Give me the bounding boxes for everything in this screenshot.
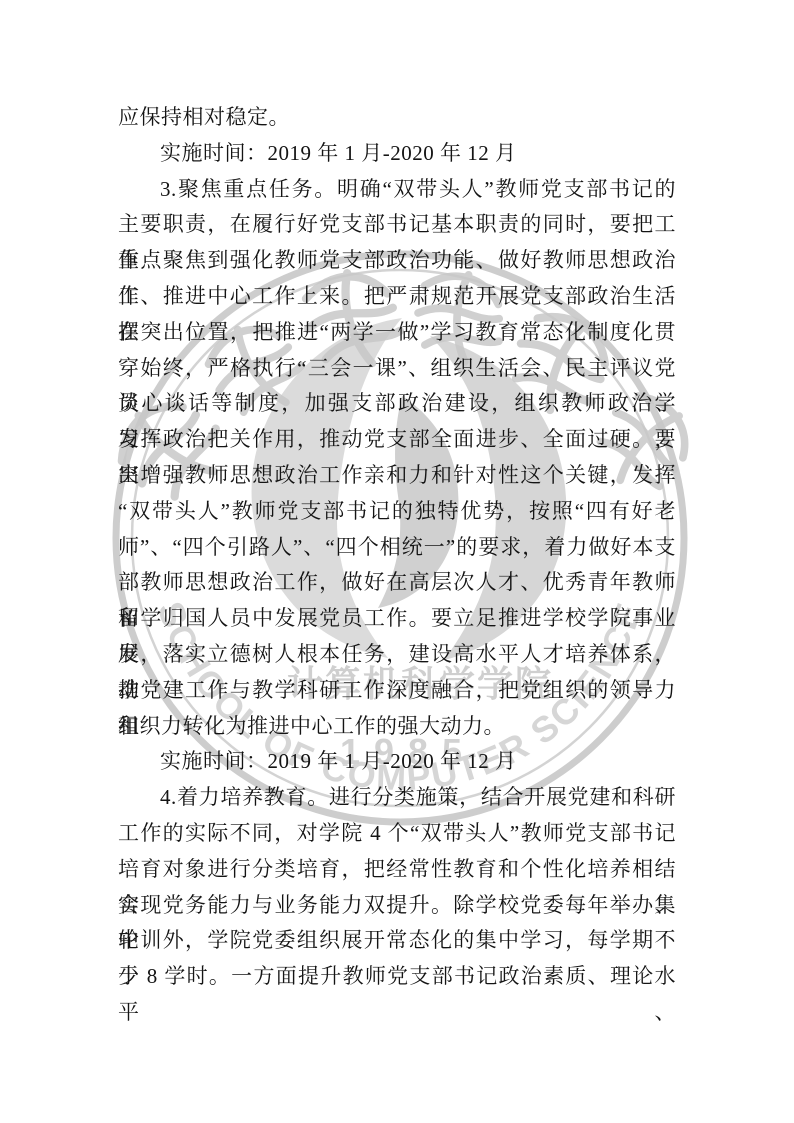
text-line: 主要职责，在履行好党支部书记基本职责的同时，要把工作 (118, 207, 676, 243)
text-line: 于 8 学时。一方面提升教师党支部书记政治素质、理论水平、 (118, 959, 676, 995)
text-line: 3.聚焦重点任务。明确“双带头人”教师党支部书记的 (118, 172, 676, 208)
text-line: 重点聚焦到强化教师党支部政治功能、做好教师思想政治工 (118, 243, 676, 279)
text-line: 4.着力培养教育。进行分类施策，结合开展党建和科研 (118, 780, 676, 816)
text-line: 留学归国人员中发展党员工作。要立足推进学校学院事业发 (118, 601, 676, 637)
text-line: 作、推进中心工作上来。把严肃规范开展党支部政治生活摆 (118, 279, 676, 315)
text-line: 师”、“四个引路人”、“四个相统一”的要求，着力做好本支 (118, 530, 676, 566)
text-line: 工作的实际不同，对学院 4 个“双带头人”教师党支部书记 (118, 816, 676, 852)
text-line: 穿始终，严格执行“三会一课”、组织生活会、民主评议党员、 (118, 351, 676, 387)
document-body: 应保持相对稳定。实施时间：2019 年 1 月-2020 年 12 月3.聚焦重… (118, 100, 676, 995)
text-line: 动党建工作与教学科研工作深度融合，把党组织的领导力和 (118, 673, 676, 709)
text-line: 展，落实立德树人根本任务，建设高水平人才培养体系，推 (118, 637, 676, 673)
text-line: “双带头人”教师党支部书记的独特优势，按照“四有好老 (118, 494, 676, 530)
text-line: 实施时间：2019 年 1 月-2020 年 12 月 (118, 136, 676, 172)
text-line: 实施时间：2019 年 1 月-2020 年 12 月 (118, 744, 676, 780)
text-line: 谈心谈话等制度，加强支部政治建设，组织教师政治学习， (118, 386, 676, 422)
text-line: 轮训外，学院党委组织展开常态化的集中学习，每学期不少 (118, 923, 676, 959)
text-line: 在突出位置，把推进“两学一做”学习教育常态化制度化贯 (118, 315, 676, 351)
text-line: 发挥政治把关作用，推动党支部全面进步、全面过硬。要突 (118, 422, 676, 458)
text-line: 实现党务能力与业务能力双提升。除学校党委每年举办集中 (118, 888, 676, 924)
text-line: 出增强教师思想政治工作亲和力和针对性这个关键，发挥 (118, 458, 676, 494)
text-line: 组织力转化为推进中心工作的强大动力。 (118, 709, 676, 745)
text-line: 培育对象进行分类培育，把经常性教育和个性化培养相结合、 (118, 852, 676, 888)
text-line: 应保持相对稳定。 (118, 100, 676, 136)
document-page: SCHOOL OF COMPUTER SCIENCE 计算机科学学院 1985 … (0, 0, 794, 1123)
text-line: 部教师思想政治工作，做好在高层次人才、优秀青年教师和 (118, 565, 676, 601)
